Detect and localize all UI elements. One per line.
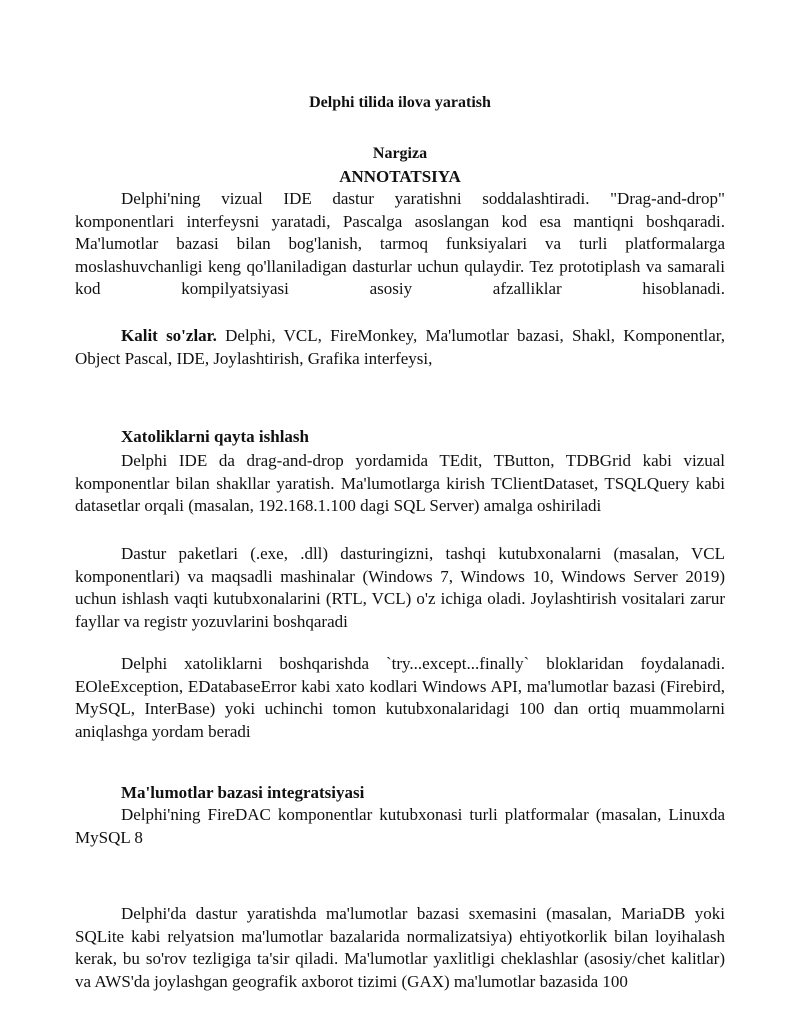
abstract-heading: ANNOTATSIYA <box>75 167 725 187</box>
section-paragraph: Delphi'da dastur yaratishda ma'lumotlar … <box>75 903 725 993</box>
abstract-paragraph: Delphi'ning vizual IDE dastur yaratishni… <box>75 188 725 301</box>
section-heading: Xatoliklarni qayta ishlash <box>121 427 309 447</box>
section-heading: Ma'lumotlar bazasi integratsiyasi <box>121 783 364 803</box>
document-title: Delphi tilida ilova yaratish <box>75 94 725 112</box>
section-paragraph: Delphi'ning FireDAC komponentlar kutubxo… <box>75 804 725 849</box>
section-paragraph: Delphi IDE da drag-and-drop yordamida TE… <box>75 450 725 518</box>
section-paragraph: Dastur paketlari (.exe, .dll) dasturingi… <box>75 543 725 633</box>
keywords-label: Kalit so'zlar. <box>121 326 217 345</box>
document-author: Nargiza <box>75 145 725 163</box>
keywords-paragraph: Kalit so'zlar. Delphi, VCL, FireMonkey, … <box>75 325 725 370</box>
section-paragraph: Delphi xatoliklarni boshqarishda `try...… <box>75 653 725 743</box>
